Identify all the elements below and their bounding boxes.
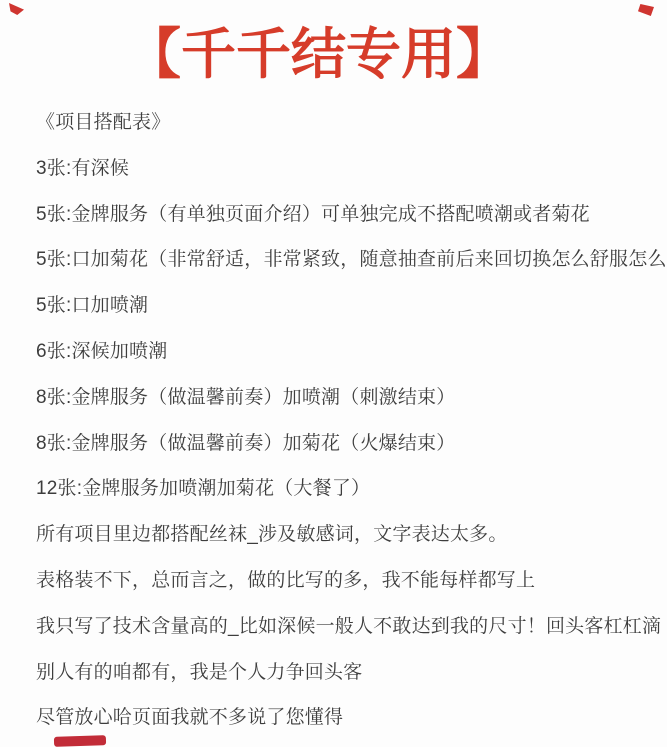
- list-item: 5张:口加喷潮: [36, 295, 667, 317]
- note-line: 尽管放心哈页面我就不多说了您懂得: [36, 707, 667, 729]
- list-item: 5张:口加菊花（非常舒适，非常紧致，随意抽查前后来回切换怎么舒服怎么来）: [36, 249, 667, 271]
- list-item: 8张:金牌服务（做温馨前奏）加喷潮（刺激结束）: [36, 387, 667, 409]
- note-line: 所有项目里边都搭配丝袜_涉及敏感词，文字表达太多。: [36, 524, 667, 546]
- section-title: 《项目搭配表》: [36, 112, 667, 134]
- note-line: 表格装不下，总而言之，做的比写的多，我不能每样都写上: [36, 570, 667, 592]
- page-title: 【千千结专用】: [126, 18, 511, 90]
- list-item: 12张:金牌服务加喷潮加菊花（大餐了）: [36, 478, 667, 500]
- note-line: 别人有的咱都有，我是个人力争回头客: [36, 662, 667, 684]
- note-line: 我只写了技术含量高的_比如深候一般人不敢达到我的尺寸！回头客杠杠滴: [36, 616, 667, 638]
- list-item: 6张:深候加喷潮: [36, 341, 667, 363]
- list-item: 8张:金牌服务（做温馨前奏）加菊花（火爆结束）: [36, 433, 667, 455]
- red-crop-fragment-top-right: [638, 4, 654, 16]
- red-crop-fragment-top-left: [9, 3, 24, 15]
- document-page: 【千千结专用】 《项目搭配表》 3张:有深候 5张:金牌服务（有单独页面介绍）可…: [0, 0, 667, 747]
- body-text: 《项目搭配表》 3张:有深候 5张:金牌服务（有单独页面介绍）可单独完成不搭配喷…: [36, 112, 667, 747]
- red-crop-fragment-bottom-left: [54, 735, 106, 747]
- list-item: 5张:金牌服务（有单独页面介绍）可单独完成不搭配喷潮或者菊花: [36, 204, 667, 226]
- list-item: 3张:有深候: [36, 158, 667, 180]
